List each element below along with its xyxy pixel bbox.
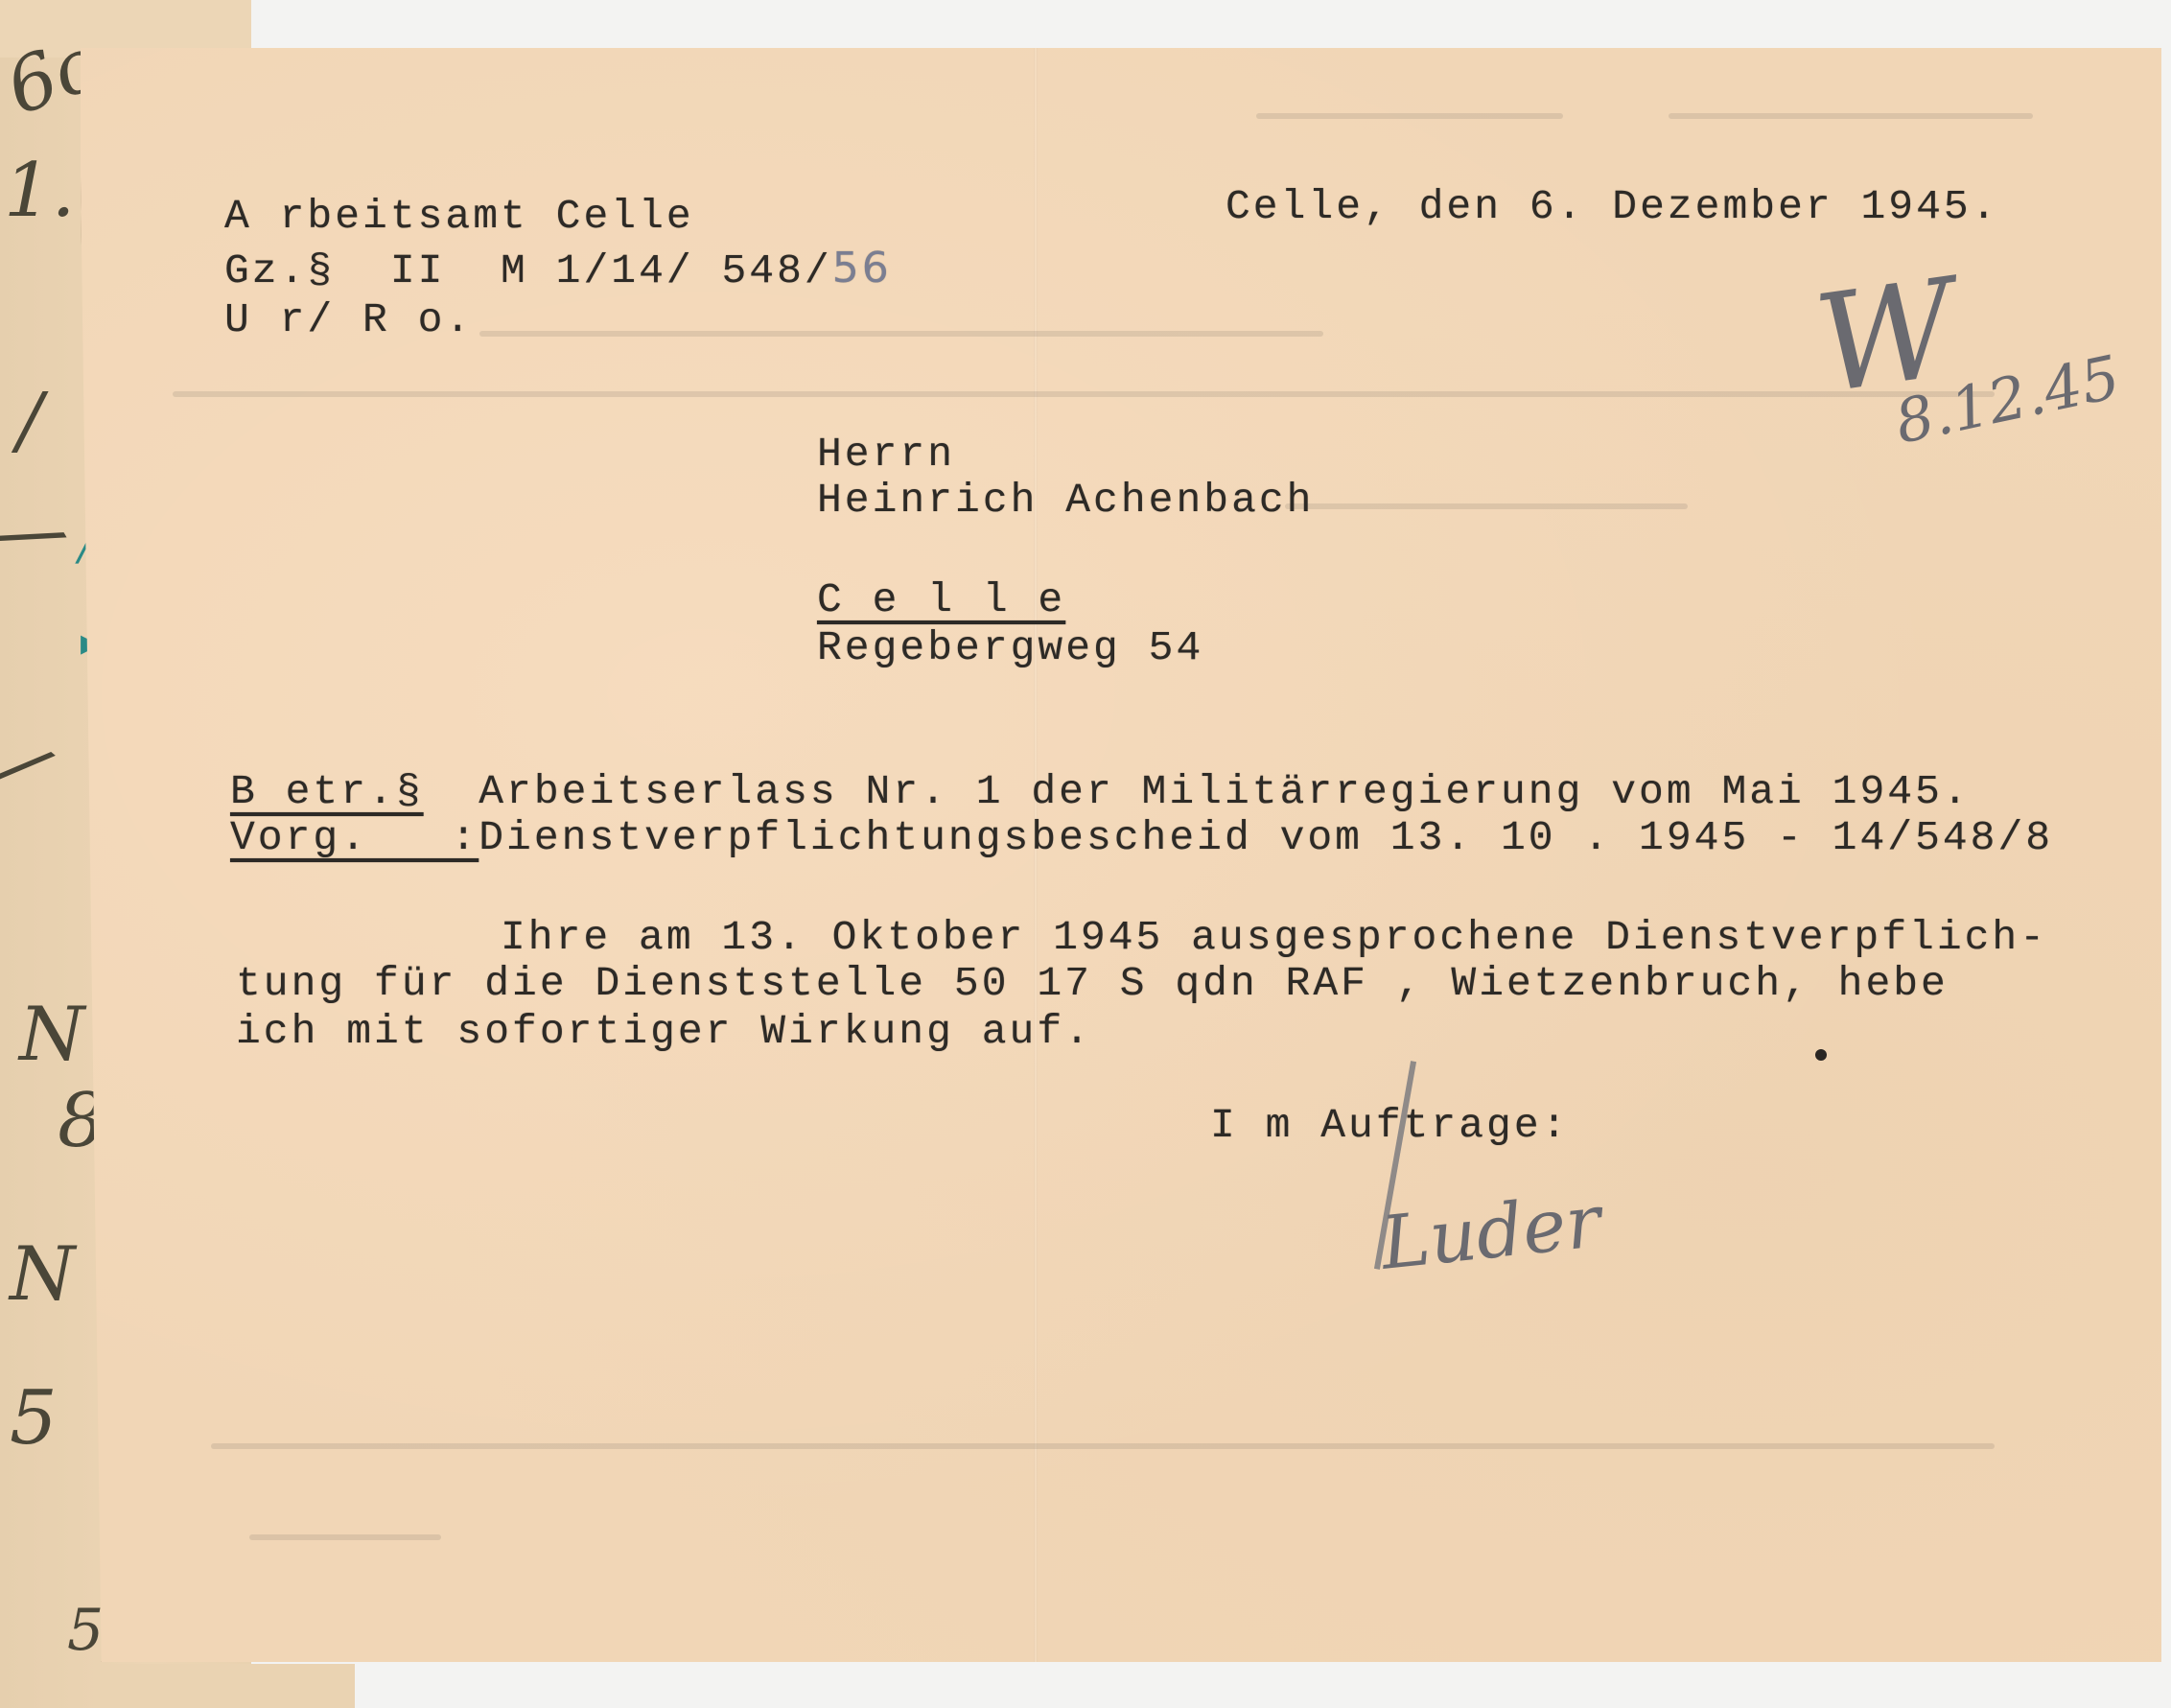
show-through-text [249, 1534, 441, 1540]
body-line-2: tung für die Dienststelle 50 17 S qdn RA… [236, 959, 1949, 1009]
handwritten-mark: 5 [67, 1602, 104, 1659]
show-through-text [173, 391, 1995, 397]
reference-handwritten-suffix: 56 [832, 244, 892, 292]
betr-label: B etr.§ [230, 768, 424, 815]
subject-vorg-line: Vorg. :Dienstverpflichtungsbescheid vom … [230, 813, 2053, 863]
show-through-text [479, 331, 1323, 337]
underlying-page-bottom-strip [96, 1664, 355, 1708]
body-line-3: ich mit sofortiger Wirkung auf. [236, 1007, 1092, 1057]
closing-phrase: I m Auftrage: [1210, 1101, 1569, 1151]
betr-text: Arbeitserlass Nr. 1 der Militärregierung… [479, 768, 1970, 815]
place-date: Celle, den 6. Dezember 1945. [1226, 182, 1999, 232]
recipient-name: Heinrich Achenbach [817, 476, 1314, 526]
show-through-text [211, 1443, 1995, 1449]
sender-initials: U r/ R o. [224, 295, 473, 345]
show-through-text [1256, 113, 1563, 119]
vorg-text: Dienstverpflichtungsbescheid vom 13. 10 … [479, 814, 2053, 861]
recipient-salutation: Herrn [817, 430, 955, 480]
sender-reference-line: Gz.§ II M 1/14/ 548/56 [224, 244, 892, 296]
show-through-text [1669, 113, 2033, 119]
handwritten-mark: N [10, 1237, 75, 1312]
subject-betr-line: B etr.§ Arbeitserlass Nr. 1 der Militärr… [230, 767, 1971, 817]
sender-reference: Gz.§ II M 1/14/ 548/ [224, 247, 832, 294]
handwritten-mark: 1. [4, 153, 75, 228]
recipient-street: Regebergweg 54 [817, 623, 1203, 673]
handwritten-mark: N [19, 997, 84, 1072]
handwritten-mark: / [17, 384, 42, 458]
handwritten-mark: 5 [10, 1381, 58, 1456]
sender-office: A rbeitsamt Celle [224, 192, 694, 242]
show-through-text [1285, 503, 1688, 509]
ink-dot [1815, 1049, 1827, 1061]
recipient-city: C e l l e [817, 575, 1065, 625]
body-line-1: Ihre am 13. Oktober 1945 ausgesprochene … [501, 913, 2047, 963]
vorg-label: Vorg. : [230, 814, 479, 861]
